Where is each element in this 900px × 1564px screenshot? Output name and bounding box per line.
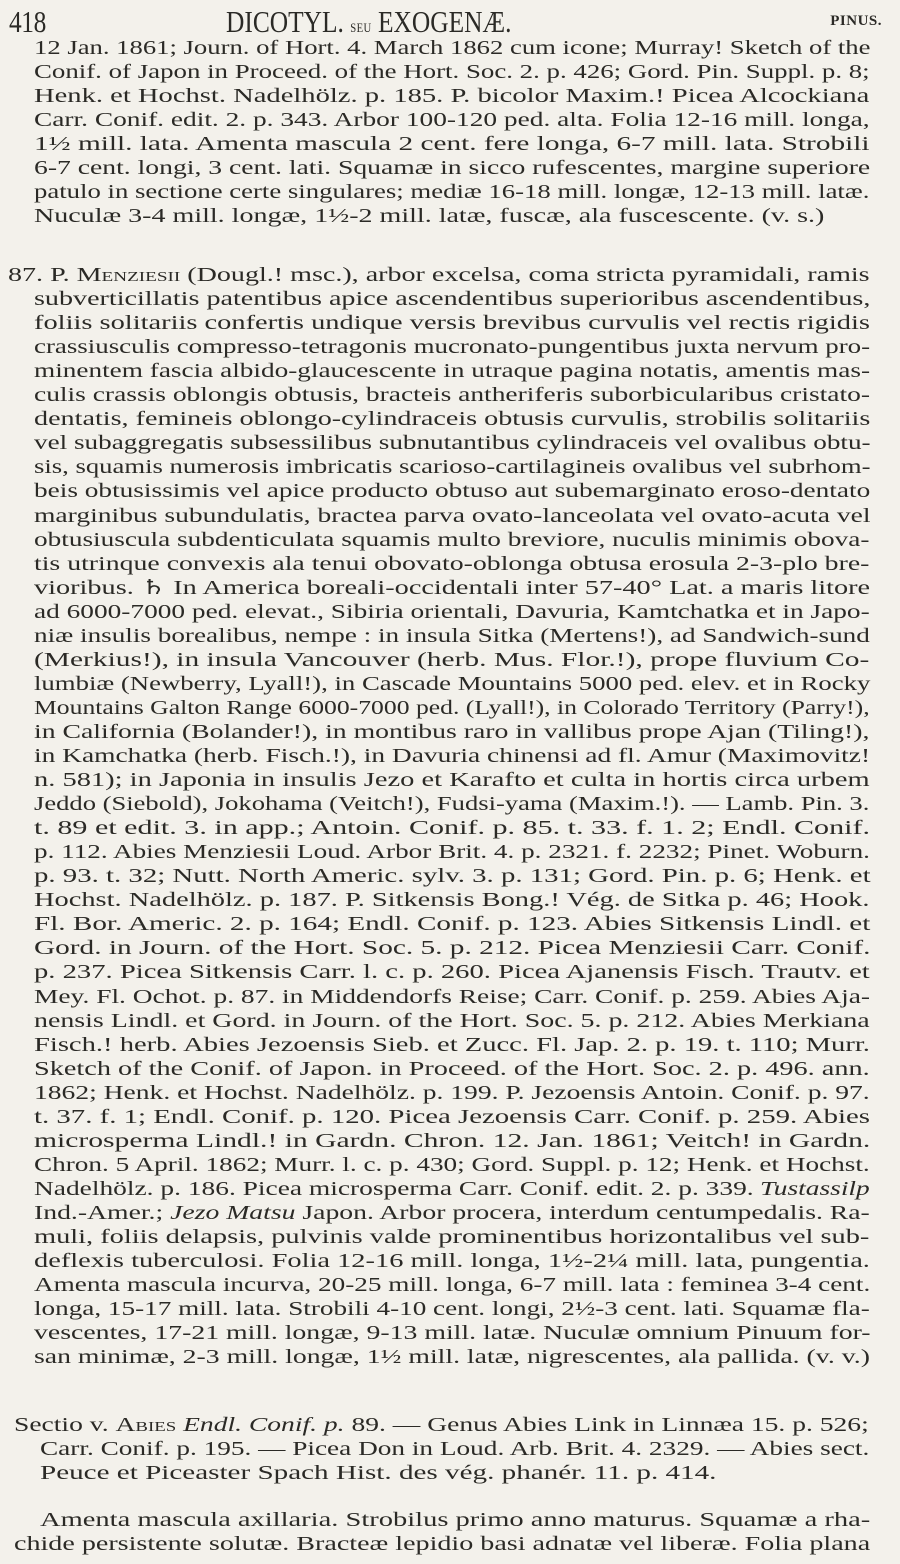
species-line: Mey. Fl. Ochot. p. 87. in Middendorfs Re… xyxy=(34,985,870,1009)
text-run: subverticillatis patentibus apice ascend… xyxy=(34,288,870,310)
species-line: n. 581); in Japonia in insulis Jezo et K… xyxy=(34,768,870,792)
text-run: crassiusculis compresso-tetragonis mucro… xyxy=(34,336,870,358)
text-run: chide persistente solutæ. Bracteæ lepidi… xyxy=(14,1533,870,1555)
text-run: Amenta mascula incurva, 20-25 mill. long… xyxy=(34,1274,870,1296)
section-name: Abies xyxy=(116,1414,177,1436)
species-line: dentatis, femineis oblongo-cylindraceis … xyxy=(34,407,870,431)
running-head: DICOTYL. seu EXOGENÆ. xyxy=(226,4,511,40)
text-run: (Merkius!), in insula Vancouver (herb. M… xyxy=(34,649,869,671)
species-line: Jeddo (Siebold), Jokohama (Veitch!), Fud… xyxy=(34,792,869,816)
species-line: sis, squamis numerosis imbricatis scario… xyxy=(34,455,870,479)
text-run: Conif. of Japon in Proceed. of the Hort.… xyxy=(34,61,870,83)
paragraph-line: Henk. et Hochst. Nadelhölz. p. 185. P. b… xyxy=(34,84,869,108)
text-run: Ind.-Amer.; xyxy=(34,1202,163,1224)
text-run: Sketch of the Conif. of Japon. in Procee… xyxy=(34,1058,870,1080)
section-heading-line: Sectio v. Abies Endl. Conif. p. 89. — Ge… xyxy=(14,1413,869,1437)
species-line: Mountains Galton Range 6000-7000 ped. (L… xyxy=(34,696,870,720)
page-number: 418 xyxy=(9,4,46,40)
species-line: Ind.-Amer.; Jezo Matsu Japon. Arbor proc… xyxy=(34,1201,870,1225)
text-run: t. 89 et edit. 3. in app.; Antoin. Conif… xyxy=(34,817,870,839)
species-line: (Merkius!), in insula Vancouver (herb. M… xyxy=(34,648,869,672)
species-line: Gord. in Journ. of the Hort. Soc. 5. p. … xyxy=(34,936,870,960)
text-run: Nuculæ 3-4 mill. longæ, 1½-2 mill. latæ,… xyxy=(34,205,824,227)
section-line: Peuce et Piceaster Spach Hist. des vég. … xyxy=(40,1461,716,1485)
text-run: marginibus subundulatis, bractea parva o… xyxy=(34,505,870,527)
text-run: 6-7 cent. longi, 3 cent. lati. Squamæ in… xyxy=(34,157,870,179)
species-line: Fisch.! herb. Abies Jezoensis Sieb. et Z… xyxy=(34,1033,870,1057)
vernacular-name: Tustassilp xyxy=(760,1178,870,1200)
species-line: in California (Bolander!), in montibus r… xyxy=(34,720,869,744)
species-line: Amenta mascula incurva, 20-25 mill. long… xyxy=(34,1273,870,1297)
text-run: Carr. Conif. edit. 2. p. 343. Arbor 100-… xyxy=(34,109,870,131)
text-run: culis crassis oblongis obtusis, bracteis… xyxy=(34,384,870,406)
species-line: in Kamchatka (herb. Fisch.!), in Davuria… xyxy=(34,744,870,768)
text-run: foliis solitariis confertis undique vers… xyxy=(34,312,870,334)
paragraph-line: Nuculæ 3-4 mill. longæ, 1½-2 mill. latæ,… xyxy=(34,204,824,228)
genus-abbrev: P. xyxy=(50,264,70,286)
text-run: deflexis tuberculosi. Folia 12-16 mill. … xyxy=(34,1250,870,1272)
species-line: ad 6000-7000 ped. elevat., Sibiria orien… xyxy=(34,600,870,624)
paragraph-line: Amenta mascula axillaria. Strobilus prim… xyxy=(40,1508,870,1532)
species-line: Hochst. Nadelhölz. p. 187. P. Sitkensis … xyxy=(34,888,870,912)
species-line: Fl. Bor. Americ. 2. p. 164; Endl. Conif.… xyxy=(34,912,870,936)
text-run: 1½ mill. lata. Amenta mascula 2 cent. fe… xyxy=(34,133,870,155)
running-head-dicotyl: DICOTYL. xyxy=(226,4,344,39)
species-line: deflexis tuberculosi. Folia 12-16 mill. … xyxy=(34,1249,870,1273)
species-line: p. 112. Abies Menziesii Loud. Arbor Brit… xyxy=(34,840,870,864)
text-run: minentem fascia albido-glaucescente in u… xyxy=(34,360,870,382)
species-line: muli, foliis delapsis, pulvinis valde pr… xyxy=(34,1225,869,1249)
species-line: p. 237. Picea Sitkensis Carr. l. c. p. 2… xyxy=(34,960,870,984)
species-line: obtusiuscula subdenticulata squamis mult… xyxy=(34,528,869,552)
species-line: Nadelhölz. p. 186. Picea microsperma Car… xyxy=(34,1177,870,1201)
species-line: p. 93. t. 32; Nutt. North Americ. sylv. … xyxy=(34,864,871,888)
text-run: 12 Jan. 1861; Journ. of Hort. 4. March 1… xyxy=(34,37,870,59)
text-run: sis, squamis numerosis imbricatis scario… xyxy=(34,456,870,478)
text-run: vescentes, 17-21 mill. longæ, 9-13 mill.… xyxy=(34,1322,871,1344)
species-line: vescentes, 17-21 mill. longæ, 9-13 mill.… xyxy=(34,1321,871,1345)
text-run: p. 93. t. 32; Nutt. North Americ. sylv. … xyxy=(34,865,871,887)
species-line: tis utrinque convexis ala tenui obovato-… xyxy=(34,552,869,576)
section-reference: Endl. Conif. p. xyxy=(183,1414,344,1436)
text-run: t. 37. f. 1; Endl. Conif. p. 120. Picea … xyxy=(34,1106,870,1128)
text-run: Nadelhölz. p. 186. Picea microsperma Car… xyxy=(34,1178,754,1200)
species-line: vioribus. ♄ In America boreali-occidenta… xyxy=(34,576,870,600)
species-line: lumbiæ (Newberry, Lyall!), in Cascade Mo… xyxy=(34,672,870,696)
species-line: 1862; Henk. et Hochst. Nadelhölz. p. 199… xyxy=(34,1081,870,1105)
text-run: Mey. Fl. Ochot. p. 87. in Middendorfs Re… xyxy=(34,986,870,1008)
text-run: p. 237. Picea Sitkensis Carr. l. c. p. 2… xyxy=(34,961,870,983)
species-line: vel subaggregatis subsessilibus subnutan… xyxy=(34,431,871,455)
paragraph-line: 1½ mill. lata. Amenta mascula 2 cent. fe… xyxy=(34,132,870,156)
species-line: niæ insulis borealibus, nempe : in insul… xyxy=(34,624,870,648)
species-line: minentem fascia albido-glaucescente in u… xyxy=(34,359,870,383)
text-run: tis utrinque convexis ala tenui obovato-… xyxy=(34,553,869,575)
species-line: longa, 15-17 mill. lata. Strobili 4-10 c… xyxy=(34,1297,870,1321)
text-run: Gord. in Journ. of the Hort. Soc. 5. p. … xyxy=(34,937,870,959)
text-run: Amenta mascula axillaria. Strobilus prim… xyxy=(40,1509,870,1531)
text-run: in Kamchatka (herb. Fisch.!), in Davuria… xyxy=(34,745,870,767)
text-run: Peuce et Piceaster Spach Hist. des vég. … xyxy=(40,1462,716,1484)
paragraph-line: patulo in sectione certe singulares; med… xyxy=(34,180,869,204)
text-run: Hochst. Nadelhölz. p. 187. P. Sitkensis … xyxy=(34,889,870,911)
book-page: 418 DICOTYL. seu EXOGENÆ. PINUS. 12 Jan.… xyxy=(0,0,900,1564)
text-run: beis obtusissimis vel apice producto obt… xyxy=(34,480,870,502)
text-run: 1862; Henk. et Hochst. Nadelhölz. p. 199… xyxy=(34,1082,870,1104)
paragraph-line: 6-7 cent. longi, 3 cent. lati. Squamæ in… xyxy=(34,156,870,180)
text-run: vel subaggregatis subsessilibus subnutan… xyxy=(34,432,871,454)
species-line: san minimæ, 2-3 mill. longæ, 1½ mill. la… xyxy=(34,1345,870,1369)
text-run: 89. — Genus Abies Link in Linnæa 15. p. … xyxy=(351,1414,868,1436)
paragraph-line: 12 Jan. 1861; Journ. of Hort. 4. March 1… xyxy=(34,36,870,60)
species-description: (Dougl.! msc.), arbor excelsa, coma stri… xyxy=(187,264,869,286)
vernacular-name: Jezo Matsu xyxy=(170,1202,295,1224)
text-run: muli, foliis delapsis, pulvinis valde pr… xyxy=(34,1226,869,1248)
species-line: nensis Lindl. et Gord. in Journ. of the … xyxy=(34,1009,870,1033)
species-line: Chron. 5 April. 1862; Murr. l. c. p. 430… xyxy=(34,1153,870,1177)
text-run: microsperma Lindl.! in Gardn. Chron. 12.… xyxy=(34,1130,870,1152)
text-run: dentatis, femineis oblongo-cylindraceis … xyxy=(34,408,870,430)
text-run: Henk. et Hochst. Nadelhölz. p. 185. P. b… xyxy=(34,85,869,107)
text-run: Fisch.! herb. Abies Jezoensis Sieb. et Z… xyxy=(34,1034,870,1056)
species-line: marginibus subundulatis, bractea parva o… xyxy=(34,504,870,528)
text-run: Jeddo (Siebold), Jokohama (Veitch!), Fud… xyxy=(34,793,869,815)
text-run: ad 6000-7000 ped. elevat., Sibiria orien… xyxy=(34,601,870,623)
species-line: microsperma Lindl.! in Gardn. Chron. 12.… xyxy=(34,1129,870,1153)
text-run: Mountains Galton Range 6000-7000 ped. (L… xyxy=(34,697,870,719)
species-line: t. 37. f. 1; Endl. Conif. p. 120. Picea … xyxy=(34,1105,870,1129)
paragraph-line: chide persistente solutæ. Bracteæ lepidi… xyxy=(14,1532,870,1556)
text-run: in California (Bolander!), in montibus r… xyxy=(34,721,869,743)
text-run: Carr. Conif. p. 195. — Picea Don in Loud… xyxy=(40,1438,869,1460)
species-line: crassiusculis compresso-tetragonis mucro… xyxy=(34,335,870,359)
text-run: niæ insulis borealibus, nempe : in insul… xyxy=(34,625,870,647)
text-run: obtusiuscula subdenticulata squamis mult… xyxy=(34,529,869,551)
text-run: longa, 15-17 mill. lata. Strobili 4-10 c… xyxy=(34,1298,870,1320)
species-heading-line: 87. P. Menziesii (Dougl.! msc.), arbor e… xyxy=(8,263,870,287)
species-line: t. 89 et edit. 3. in app.; Antoin. Conif… xyxy=(34,816,870,840)
running-head-exogenae: EXOGENÆ. xyxy=(378,4,511,39)
running-head-seu: seu xyxy=(350,16,371,37)
species-name: Menziesii xyxy=(77,264,181,286)
text-run: n. 581); in Japonia in insulis Jezo et K… xyxy=(34,769,870,791)
text-run: lumbiæ (Newberry, Lyall!), in Cascade Mo… xyxy=(34,673,870,695)
species-line: subverticillatis patentibus apice ascend… xyxy=(34,287,870,311)
section-line: Carr. Conif. p. 195. — Picea Don in Loud… xyxy=(40,1437,869,1461)
species-line: Sketch of the Conif. of Japon. in Procee… xyxy=(34,1057,870,1081)
text-run: nensis Lindl. et Gord. in Journ. of the … xyxy=(34,1010,870,1032)
paragraph-line: Conif. of Japon in Proceed. of the Hort.… xyxy=(34,60,870,84)
species-line: culis crassis oblongis obtusis, bracteis… xyxy=(34,383,870,407)
text-run: patulo in sectione certe singulares; med… xyxy=(34,181,869,203)
species-line: beis obtusissimis vel apice producto obt… xyxy=(34,479,870,503)
species-number: 87. xyxy=(8,264,43,286)
text-run: p. 112. Abies Menziesii Loud. Arbor Brit… xyxy=(34,841,870,863)
species-line: foliis solitariis confertis undique vers… xyxy=(34,311,870,335)
text-run: Fl. Bor. Americ. 2. p. 164; Endl. Conif.… xyxy=(34,913,870,935)
text-run: Chron. 5 April. 1862; Murr. l. c. p. 430… xyxy=(34,1154,870,1176)
text-run: san minimæ, 2-3 mill. longæ, 1½ mill. la… xyxy=(34,1346,870,1368)
text-run: Japon. Arbor procera, interdum centumped… xyxy=(302,1202,869,1224)
paragraph-line: Carr. Conif. edit. 2. p. 343. Arbor 100-… xyxy=(34,108,870,132)
text-run: Sectio v. xyxy=(14,1414,109,1436)
running-genus: PINUS. xyxy=(830,13,882,30)
text-run: vioribus. ♄ In America boreali-occidenta… xyxy=(34,577,870,599)
